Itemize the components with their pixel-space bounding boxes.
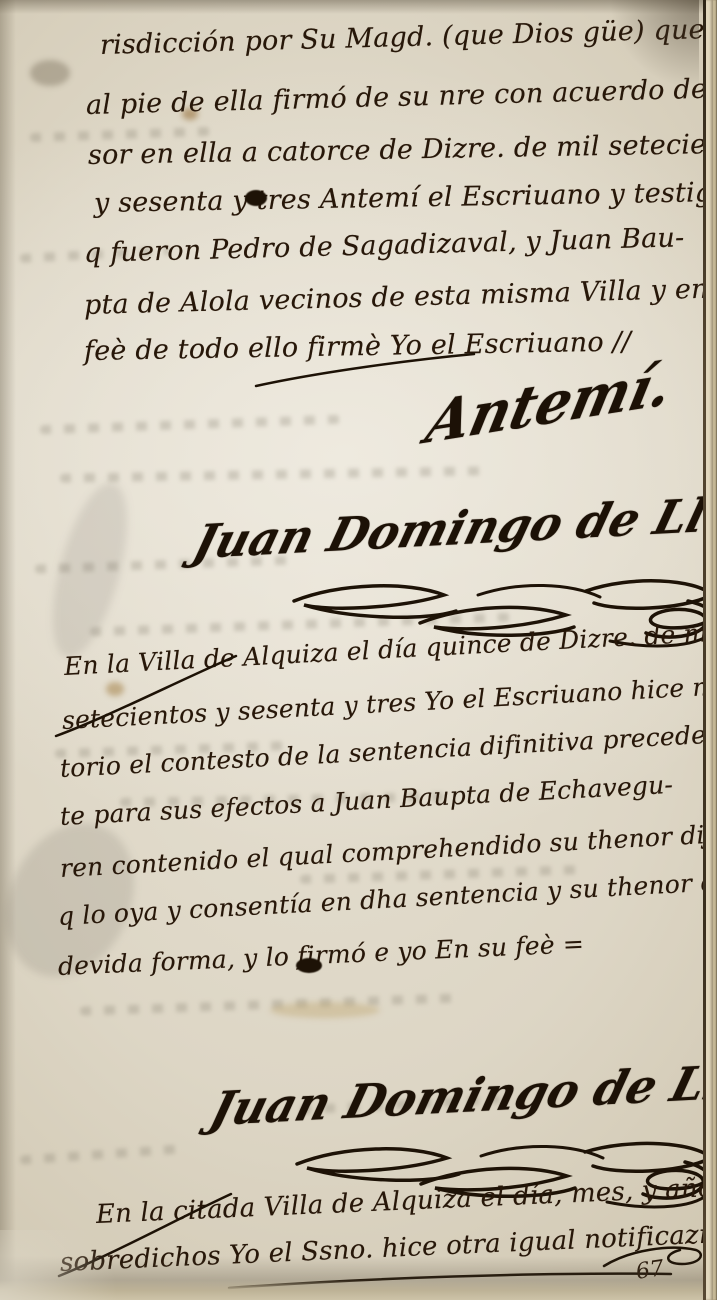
stain (270, 1002, 380, 1018)
manuscript-scan: risdicción por Su Magd. (que Dios güe) q… (0, 0, 717, 1300)
stain (30, 60, 70, 86)
page-corner-shadow (609, 0, 699, 90)
book-fore-edge (691, 0, 717, 1300)
page-left-edge (0, 0, 16, 1300)
initial-swash-stroke (50, 650, 240, 740)
page-corner-highlight (0, 1230, 140, 1300)
adjacent-page-edge (706, 0, 713, 1300)
ink-blot (296, 958, 322, 973)
adjacent-page-edge (713, 0, 717, 1300)
ink-blot (245, 190, 267, 206)
signature-antemi-stroke (250, 350, 480, 390)
